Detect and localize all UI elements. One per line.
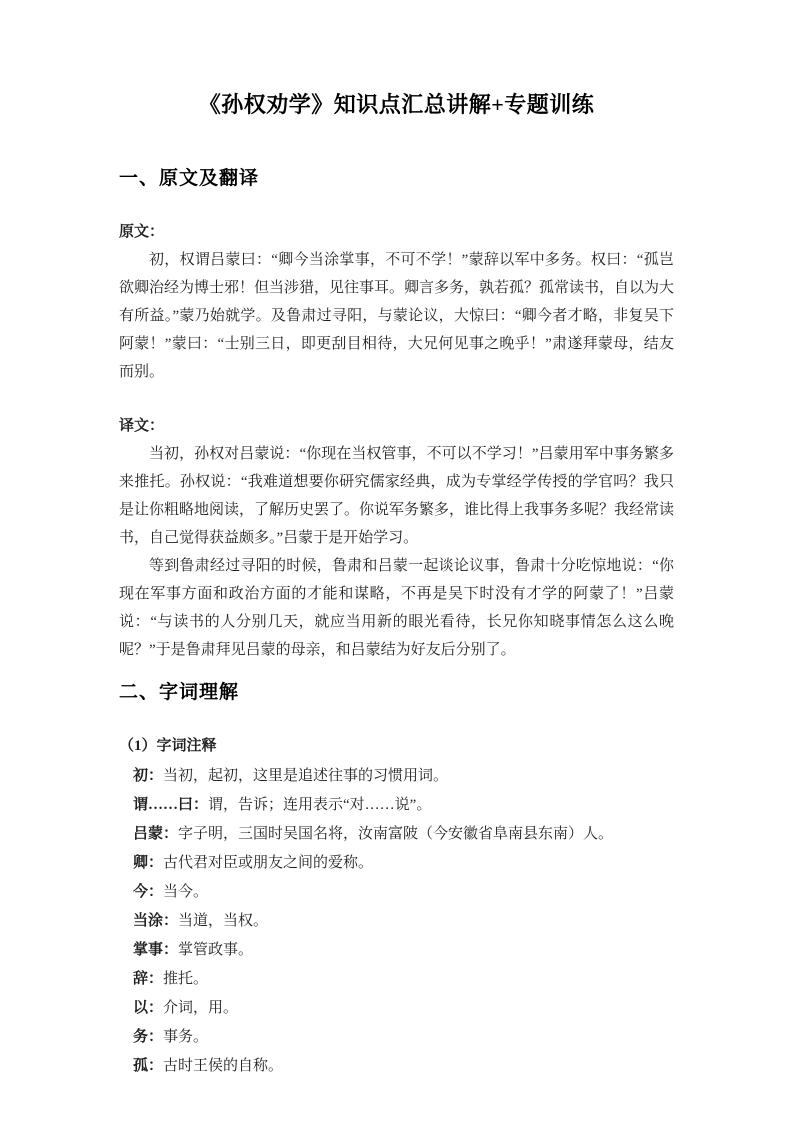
document-title: 《孙权劝学》知识点汇总讲解+专题训练 (119, 88, 674, 122)
definition-meaning: 古代君对臣或朋友之间的爱称。 (163, 855, 373, 871)
definition-term: 孤： (133, 1058, 163, 1074)
definition-term: 辞： (133, 971, 163, 987)
section-heading-word-comprehension: 二、字词理解 (119, 680, 674, 706)
definition-item: 今：当今。 (133, 878, 674, 907)
definition-term: 吕蒙： (133, 826, 178, 842)
original-text-paragraph: 初，权谓吕蒙曰：“卿今当涂掌事，不可不学！”蒙辞以军中多务。权曰：“孤岂欲卿治经… (119, 246, 674, 386)
definition-term: 今： (133, 884, 163, 900)
definition-meaning: 古时王侯的自称。 (163, 1058, 283, 1074)
definition-term: 谓……曰： (133, 797, 208, 813)
definition-meaning: 当初，起初，这里是追述往事的习惯用词。 (163, 768, 448, 784)
definition-meaning: 谓，告诉；连用表示“对……说”。 (208, 797, 431, 813)
definition-item: 掌事：掌管政事。 (133, 936, 674, 965)
definition-meaning: 当今。 (163, 884, 208, 900)
definition-item: 当涂：当道，当权。 (133, 907, 674, 936)
definition-meaning: 事务。 (163, 1029, 208, 1045)
definition-item: 孤：古时王侯的自称。 (133, 1052, 674, 1081)
definition-term: 初： (133, 768, 163, 784)
definition-item: 辞：推托。 (133, 965, 674, 994)
subsection-heading-annotations: （1）字词注释 (119, 732, 674, 760)
definition-term: 卿： (133, 855, 163, 871)
definition-item: 以：介词，用。 (133, 994, 674, 1023)
translation-paragraph: 等到鲁肃经过寻阳的时候，鲁肃和吕蒙一起谈论议事，鲁肃十分吃惊地说：“你现在军事方… (119, 552, 674, 664)
definition-meaning: 当道，当权。 (178, 913, 268, 929)
definition-item: 务：事务。 (133, 1023, 674, 1052)
definition-list: 初：当初，起初，这里是追述往事的习惯用词。 谓……曰：谓，告诉；连用表示“对……… (119, 762, 674, 1081)
document-page: 《孙权劝学》知识点汇总讲解+专题训练 一、原文及翻译 原文： 初，权谓吕蒙曰：“… (0, 0, 793, 1122)
definition-meaning: 字子明，三国时吴国名将，汝南富陂（今安徽省阜南县东南）人。 (178, 826, 613, 842)
translation-label: 译文： (119, 412, 674, 440)
translation-paragraph: 当初，孙权对吕蒙说：“你现在当权管事，不可以不学习！”吕蒙用军中事务繁多来推托。… (119, 440, 674, 552)
definition-meaning: 介词，用。 (163, 1000, 238, 1016)
definition-term: 以： (133, 1000, 163, 1016)
section-heading-original-translation: 一、原文及翻译 (119, 166, 674, 192)
definition-item: 吕蒙：字子明，三国时吴国名将，汝南富陂（今安徽省阜南县东南）人。 (133, 820, 674, 849)
definition-item: 初：当初，起初，这里是追述往事的习惯用词。 (133, 762, 674, 791)
definition-term: 务： (133, 1029, 163, 1045)
definition-term: 当涂： (133, 913, 178, 929)
definition-meaning: 推托。 (163, 971, 208, 987)
definition-item: 谓……曰：谓，告诉；连用表示“对……说”。 (133, 791, 674, 820)
original-text-label: 原文： (119, 218, 674, 246)
definition-meaning: 掌管政事。 (178, 942, 253, 958)
definition-term: 掌事： (133, 942, 178, 958)
definition-item: 卿：古代君对臣或朋友之间的爱称。 (133, 849, 674, 878)
